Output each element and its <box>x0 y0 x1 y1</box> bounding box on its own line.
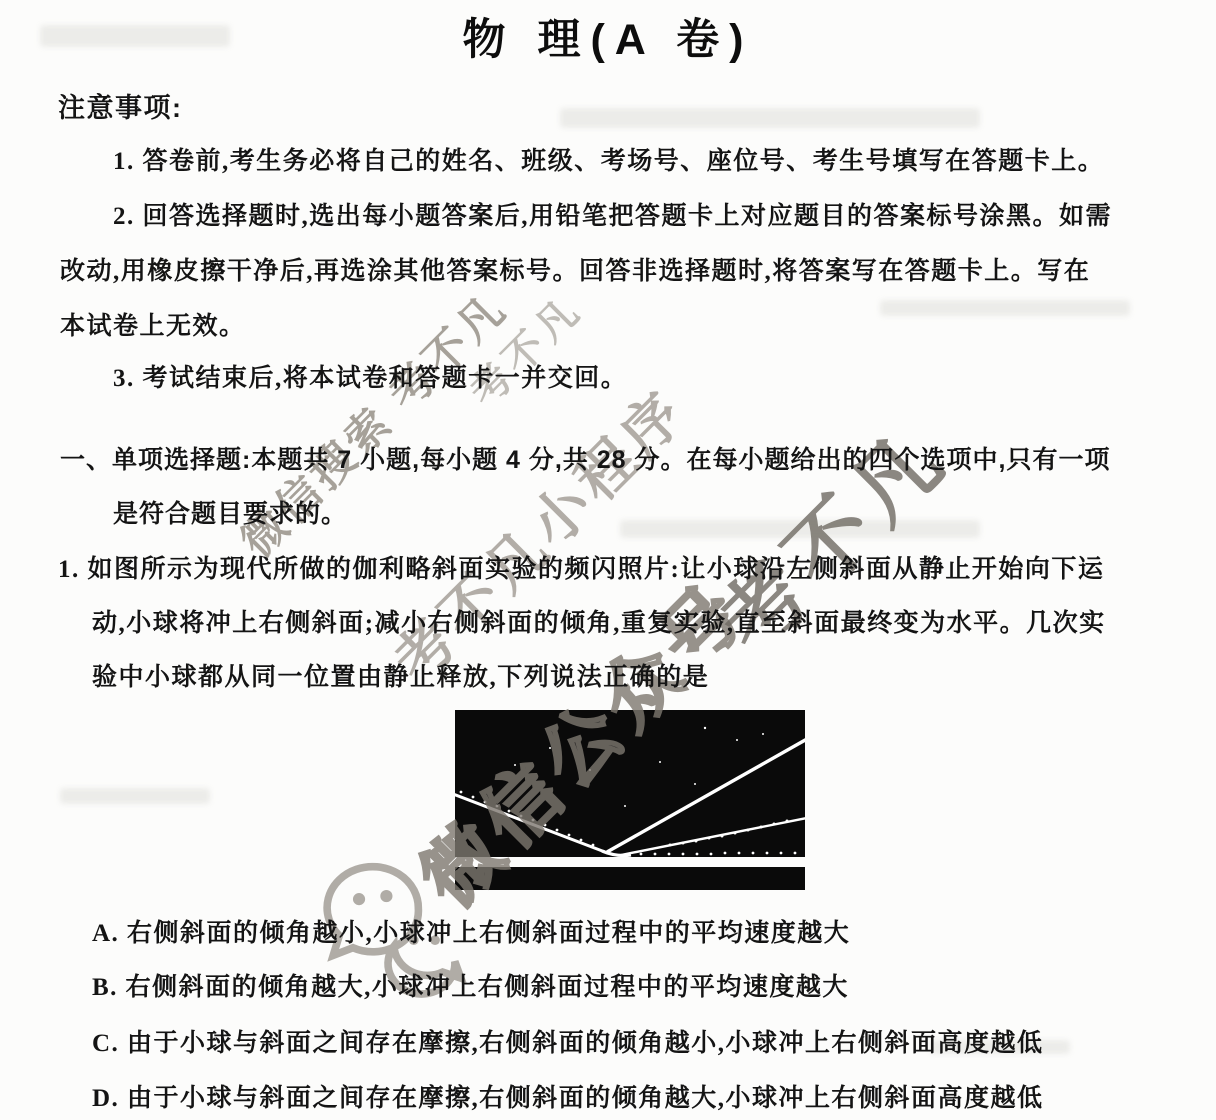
notice-line-2-cont2: 本试卷上无效。 <box>60 306 246 342</box>
section-heading: 一、单项选择题:本题共 7 小题,每小题 4 分,共 28 分。在每小题给出的四… <box>60 440 1110 476</box>
notice-line-3: 3. 考试结束后,将本试卷和答题卡一并交回。 <box>113 358 627 394</box>
notice-line-2-cont: 改动,用橡皮擦干净后,再选涂其他答案标号。回答非选择题时,将答案写在答题卡上。写… <box>60 251 1090 287</box>
question-1-line-2: 动,小球将冲上右侧斜面;减小右侧斜面的倾角,重复实验,直至斜面最终变为水平。几次… <box>92 603 1106 639</box>
notice-heading: 注意事项: <box>58 86 183 125</box>
option-c: C. 由于小球与斜面之间存在摩擦,右侧斜面的倾角越小,小球冲上右侧斜面高度越低 <box>92 1023 1044 1059</box>
section-heading-cont: 是符合题目要求的。 <box>113 494 347 530</box>
text-layer: 物 理(A 卷) 注意事项: 1. 答卷前,考生务必将自己的姓名、班级、考场号、… <box>0 0 1216 1120</box>
option-a: A. 右侧斜面的倾角越小,小球冲上右侧斜面过程中的平均速度越大 <box>92 913 850 949</box>
notice-line-2: 2. 回答选择题时,选出每小题答案后,用铅笔把答题卡上对应题目的答案标号涂黑。如… <box>113 196 1112 232</box>
notice-line-1: 1. 答卷前,考生务必将自己的姓名、班级、考场号、座位号、考生号填写在答题卡上。 <box>113 141 1104 177</box>
question-1-line-1: 1. 如图所示为现代所做的伽利略斜面实验的频闪照片:让小球沿左侧斜面从静止开始向… <box>58 549 1104 585</box>
option-d: D. 由于小球与斜面之间存在摩擦,右侧斜面的倾角越大,小球冲上右侧斜面高度越低 <box>92 1078 1044 1114</box>
question-1-line-3: 验中小球都从同一位置由静止释放,下列说法正确的是 <box>92 657 709 693</box>
page-title: 物 理(A 卷) <box>0 6 1216 67</box>
exam-paper-page: 微信搜索 考不凡 考不凡 考不凡小程序 微信公众号 考不凡 物 理(A 卷) 注… <box>0 0 1216 1120</box>
option-b: B. 右侧斜面的倾角越大,小球冲上右侧斜面过程中的平均速度越大 <box>92 967 849 1003</box>
